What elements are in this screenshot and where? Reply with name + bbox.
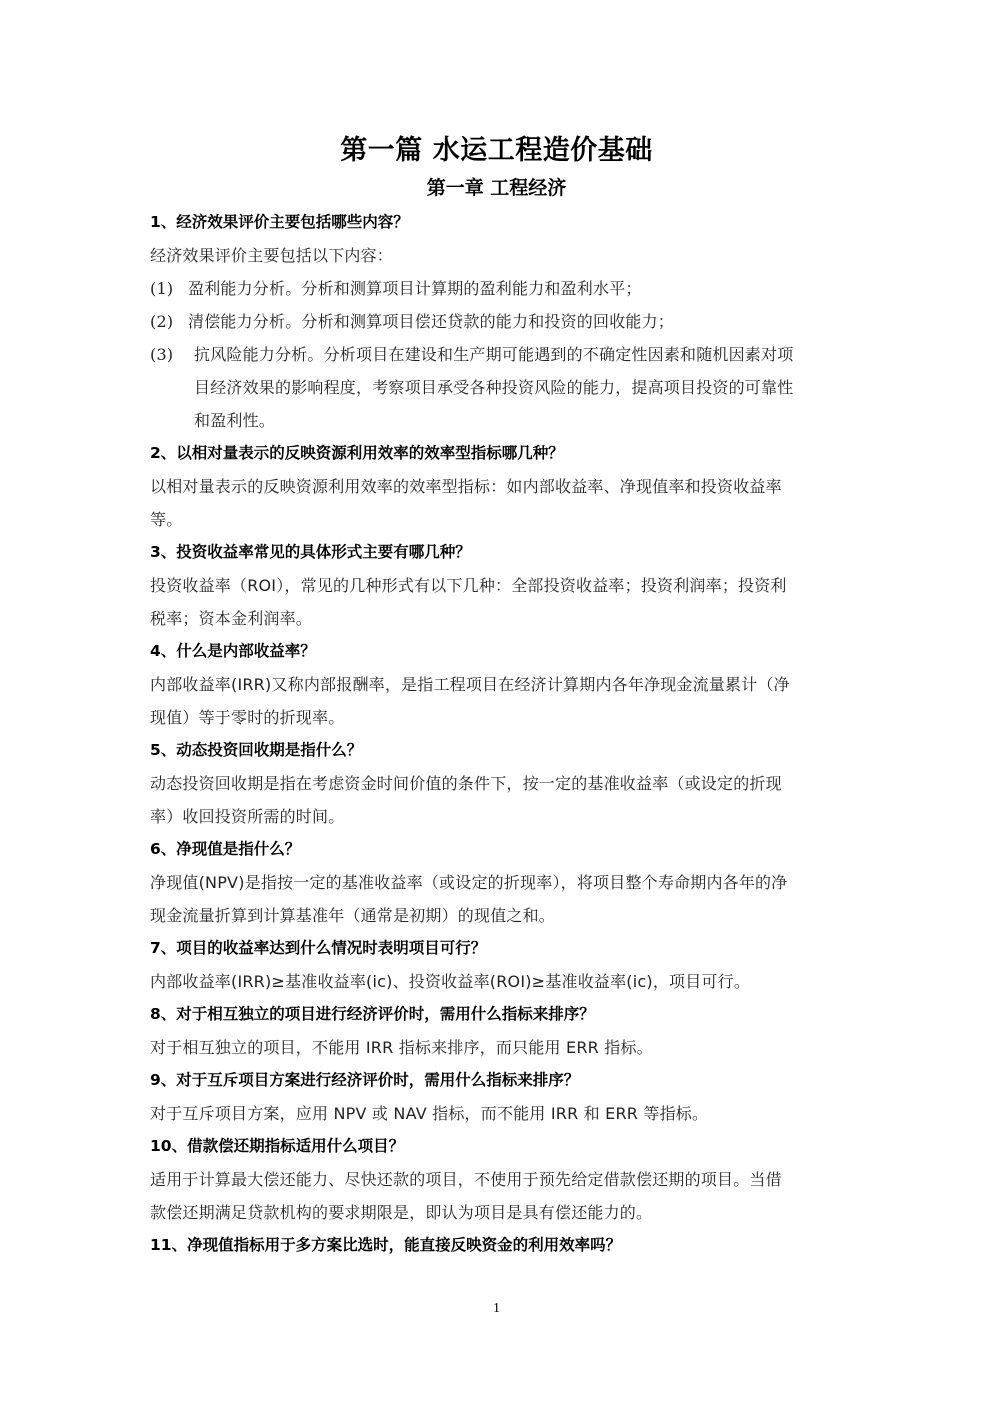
answer-text: 适用于计算最大偿还能力、尽快还款的项目，不使用于预先给定借款偿还期的项目。当借 bbox=[150, 1163, 850, 1196]
document-body: 1、经济效果评价主要包括哪些内容？ 经济效果评价主要包括以下内容： (1) 盈利… bbox=[150, 206, 850, 1262]
answer-text: 税率；资本金利润率。 bbox=[150, 602, 850, 635]
list-item-text: 清偿能力分析。分析和测算项目偿还贷款的能力和投资的回收能力； bbox=[188, 305, 674, 338]
answer-text: 对于相互独立的项目，不能用 IRR 指标来排序，而只能用 ERR 指标。 bbox=[150, 1031, 850, 1064]
answer-text: 对于互斥项目方案，应用 NPV 或 NAV 指标，而不能用 IRR 和 ERR … bbox=[150, 1097, 850, 1130]
question-heading: 4、什么是内部收益率？ bbox=[150, 635, 850, 668]
answer-text: 以相对量表示的反映资源利用效率的效率型指标：如内部收益率、净现值率和投资收益率 bbox=[150, 470, 850, 503]
answer-text: 内部收益率(IRR)≥基准收益率(ic)、投资收益率(ROI)≥基准收益率(ic… bbox=[150, 965, 850, 998]
question-heading: 2、以相对量表示的反映资源利用效率的效率型指标哪几种？ bbox=[150, 437, 850, 470]
answer-text: 现金流量折算到计算基准年（通常是初期）的现值之和。 bbox=[150, 899, 850, 932]
list-item-number: (3) bbox=[150, 338, 194, 371]
list-item-continuation: 目经济效果的影响程度，考察项目承受各种投资风险的能力，提高项目投资的可靠性 bbox=[150, 371, 850, 404]
answer-text: 率）收回投资所需的时间。 bbox=[150, 800, 850, 833]
list-item-number: (1) bbox=[150, 272, 188, 305]
part-title: 第一篇 水运工程造价基础 bbox=[0, 128, 993, 167]
answer-text: 投资收益率（ROI），常见的几种形式有以下几种：全部投资收益率；投资利润率；投资… bbox=[150, 569, 850, 602]
question-heading: 7、项目的收益率达到什么情况时表明项目可行？ bbox=[150, 932, 850, 965]
list-item-continuation: 和盈利性。 bbox=[150, 404, 850, 437]
answer-text: 款偿还期满足贷款机构的要求期限是，即认为项目是具有偿还能力的。 bbox=[150, 1196, 850, 1229]
answer-text: 净现值(NPV)是指按一定的基准收益率（或设定的折现率），将项目整个寿命期内各年… bbox=[150, 866, 850, 899]
answer-text: 等。 bbox=[150, 503, 850, 536]
answer-text: 现值）等于零时的折现率。 bbox=[150, 701, 850, 734]
question-heading: 8、对于相互独立的项目进行经济评价时，需用什么指标来排序？ bbox=[150, 998, 850, 1031]
list-item: (3) 抗风险能力分析。分析项目在建设和生产期可能遇到的不确定性因素和随机因素对… bbox=[150, 338, 850, 371]
list-item: (1) 盈利能力分析。分析和测算项目计算期的盈利能力和盈利水平； bbox=[150, 272, 850, 305]
chapter-title: 第一章 工程经济 bbox=[0, 173, 993, 200]
page-number: 1 bbox=[0, 1301, 993, 1317]
answer-text: 经济效果评价主要包括以下内容： bbox=[150, 239, 850, 272]
list-item-text: 盈利能力分析。分析和测算项目计算期的盈利能力和盈利水平； bbox=[188, 272, 642, 305]
question-heading: 1、经济效果评价主要包括哪些内容？ bbox=[150, 206, 850, 239]
question-heading: 9、对于互斥项目方案进行经济评价时，需用什么指标来排序？ bbox=[150, 1064, 850, 1097]
question-heading: 6、净现值是指什么？ bbox=[150, 833, 850, 866]
question-heading: 5、动态投资回收期是指什么？ bbox=[150, 734, 850, 767]
document-page: 第一篇 水运工程造价基础 第一章 工程经济 1、经济效果评价主要包括哪些内容？ … bbox=[0, 0, 993, 1404]
list-item-number: (2) bbox=[150, 305, 188, 338]
question-heading: 11、净现值指标用于多方案比选时，能直接反映资金的利用效率吗？ bbox=[150, 1229, 850, 1262]
list-item-text: 抗风险能力分析。分析项目在建设和生产期可能遇到的不确定性因素和随机因素对项 bbox=[194, 338, 793, 371]
list-item: (2) 清偿能力分析。分析和测算项目偿还贷款的能力和投资的回收能力； bbox=[150, 305, 850, 338]
question-heading: 10、借款偿还期指标适用什么项目？ bbox=[150, 1130, 850, 1163]
question-heading: 3、投资收益率常见的具体形式主要有哪几种？ bbox=[150, 536, 850, 569]
answer-text: 内部收益率(IRR)又称内部报酬率，是指工程项目在经济计算期内各年净现金流量累计… bbox=[150, 668, 850, 701]
answer-text: 动态投资回收期是指在考虑资金时间价值的条件下，按一定的基准收益率（或设定的折现 bbox=[150, 767, 850, 800]
